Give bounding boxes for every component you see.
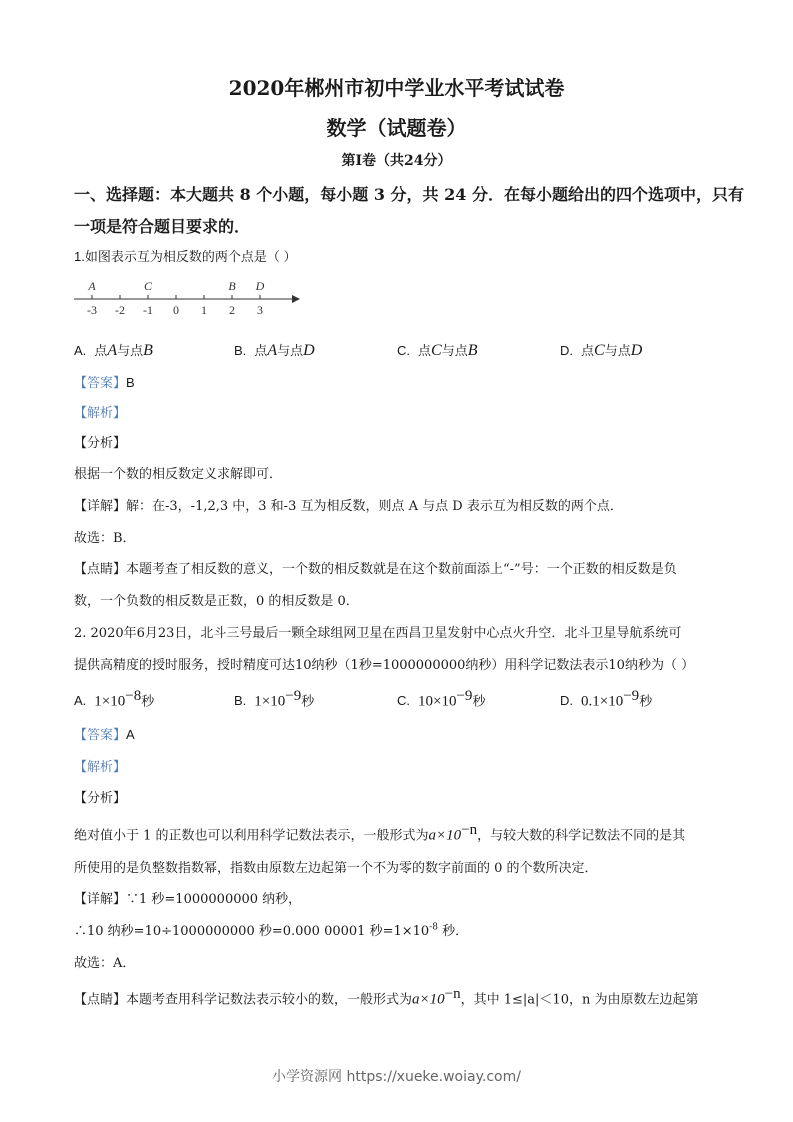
number-line-figure: -3-2-1 0123 ACBD (70, 276, 310, 321)
svg-text:-2: -2 (115, 303, 125, 317)
section-heading: 一、选择题：本大题共 8 个小题，每小题 3 分，共 24 分．在每小题给出的四… (74, 182, 744, 205)
doc-title: 2020年郴州市初中学业水平考试试卷 (0, 72, 793, 101)
q2-answer: 【答案】A (74, 724, 135, 743)
answer-value: A (126, 727, 135, 742)
q1-answer: 【答案】B (74, 372, 135, 391)
q2-option-b: B.1×10−9秒 (234, 688, 314, 710)
doc-subtitle: 数学（试题卷） (0, 112, 793, 141)
q1-option-d: D.点C与点D (560, 340, 642, 360)
answer-value: B (126, 375, 135, 390)
svg-text:1: 1 (201, 303, 207, 317)
q2-fenxi-label: 【分析】 (74, 787, 126, 806)
q2-analysis-label: 【解析】 (74, 756, 126, 775)
q1-fenxi-label: 【分析】 (74, 432, 126, 451)
q1-comment-cont: 数，一个负数的相反数是正数，0 的相反数是 0． (74, 590, 359, 609)
svg-text:-1: -1 (143, 303, 153, 317)
svg-text:C: C (144, 279, 153, 293)
q1-fenxi-text: 根据一个数的相反数定义求解即可． (74, 463, 282, 482)
q2-detail-line1: 【详解】∵1 秒=1000000000 纳秒， (74, 888, 301, 907)
q2-fenxi-line1: 绝对值小于 1 的正数也可以利用科学记数法表示，一般形式为a×10−n，与较大数… (74, 822, 685, 844)
q1-option-b: B.点A与点D (234, 340, 315, 360)
q1-stem: 1.如图表示互为相反数的两个点是（ ） (74, 246, 296, 265)
q1-option-a: A.点A与点B (74, 340, 153, 360)
q1-option-c: C.点C与点B (397, 340, 477, 360)
q2-fenxi-line2: 所使用的是负整数指数幂，指数由原数左边起第一个不为零的数字前面的 0 的个数所决… (74, 857, 598, 876)
q2-comment: 【点睛】本题考查用科学记数法表示较小的数，一般形式为a×10−n，其中 1≤|a… (74, 986, 698, 1008)
svg-text:-3: -3 (87, 303, 97, 317)
q1-comment: 【点睛】本题考查了相反数的意义，一个数的相反数就是在这个数前面添上“-”号：一个… (74, 558, 677, 577)
part-heading: 第Ⅰ卷（共24分） (0, 150, 793, 170)
q2-stem-line2: 提供高精度的授时服务，授时精度可达10纳秒（1秒=1000000000纳秒）用科… (74, 654, 694, 673)
svg-text:3: 3 (257, 303, 263, 317)
q1-choose: 故选：B． (74, 527, 136, 546)
q1-analysis-label: 【解析】 (74, 402, 126, 421)
q2-choose: 故选：A． (74, 952, 135, 971)
q2-detail-line2: ∴10 纳秒=10÷1000000000 秒=0.000 00001 秒=1×1… (74, 920, 468, 939)
q2-stem-line1: 2. 2020年6月23日，北斗三号最后一颗全球组网卫星在西昌卫星发射中心点火升… (74, 622, 681, 641)
answer-label: 【答案】 (74, 376, 126, 391)
svg-text:2: 2 (229, 303, 235, 317)
footer-watermark: 小学资源网 https://xueke.woiay.com/ (0, 1066, 793, 1086)
q2-option-a: A.1×10−8秒 (74, 688, 154, 710)
answer-label: 【答案】 (74, 728, 126, 743)
q2-option-d: D.0.1×10−9秒 (560, 688, 652, 710)
section-heading-cont: 一项是符合题目要求的． (74, 214, 250, 237)
q1-detail: 【详解】解：在-3，-1,2,3 中，3 和-3 互为相反数，则点 A 与点 D… (74, 495, 623, 514)
q2-option-c: C.10×10−9秒 (397, 688, 485, 710)
svg-text:0: 0 (173, 303, 179, 317)
svg-text:D: D (255, 279, 265, 293)
svg-text:B: B (228, 279, 236, 293)
svg-text:A: A (87, 279, 96, 293)
